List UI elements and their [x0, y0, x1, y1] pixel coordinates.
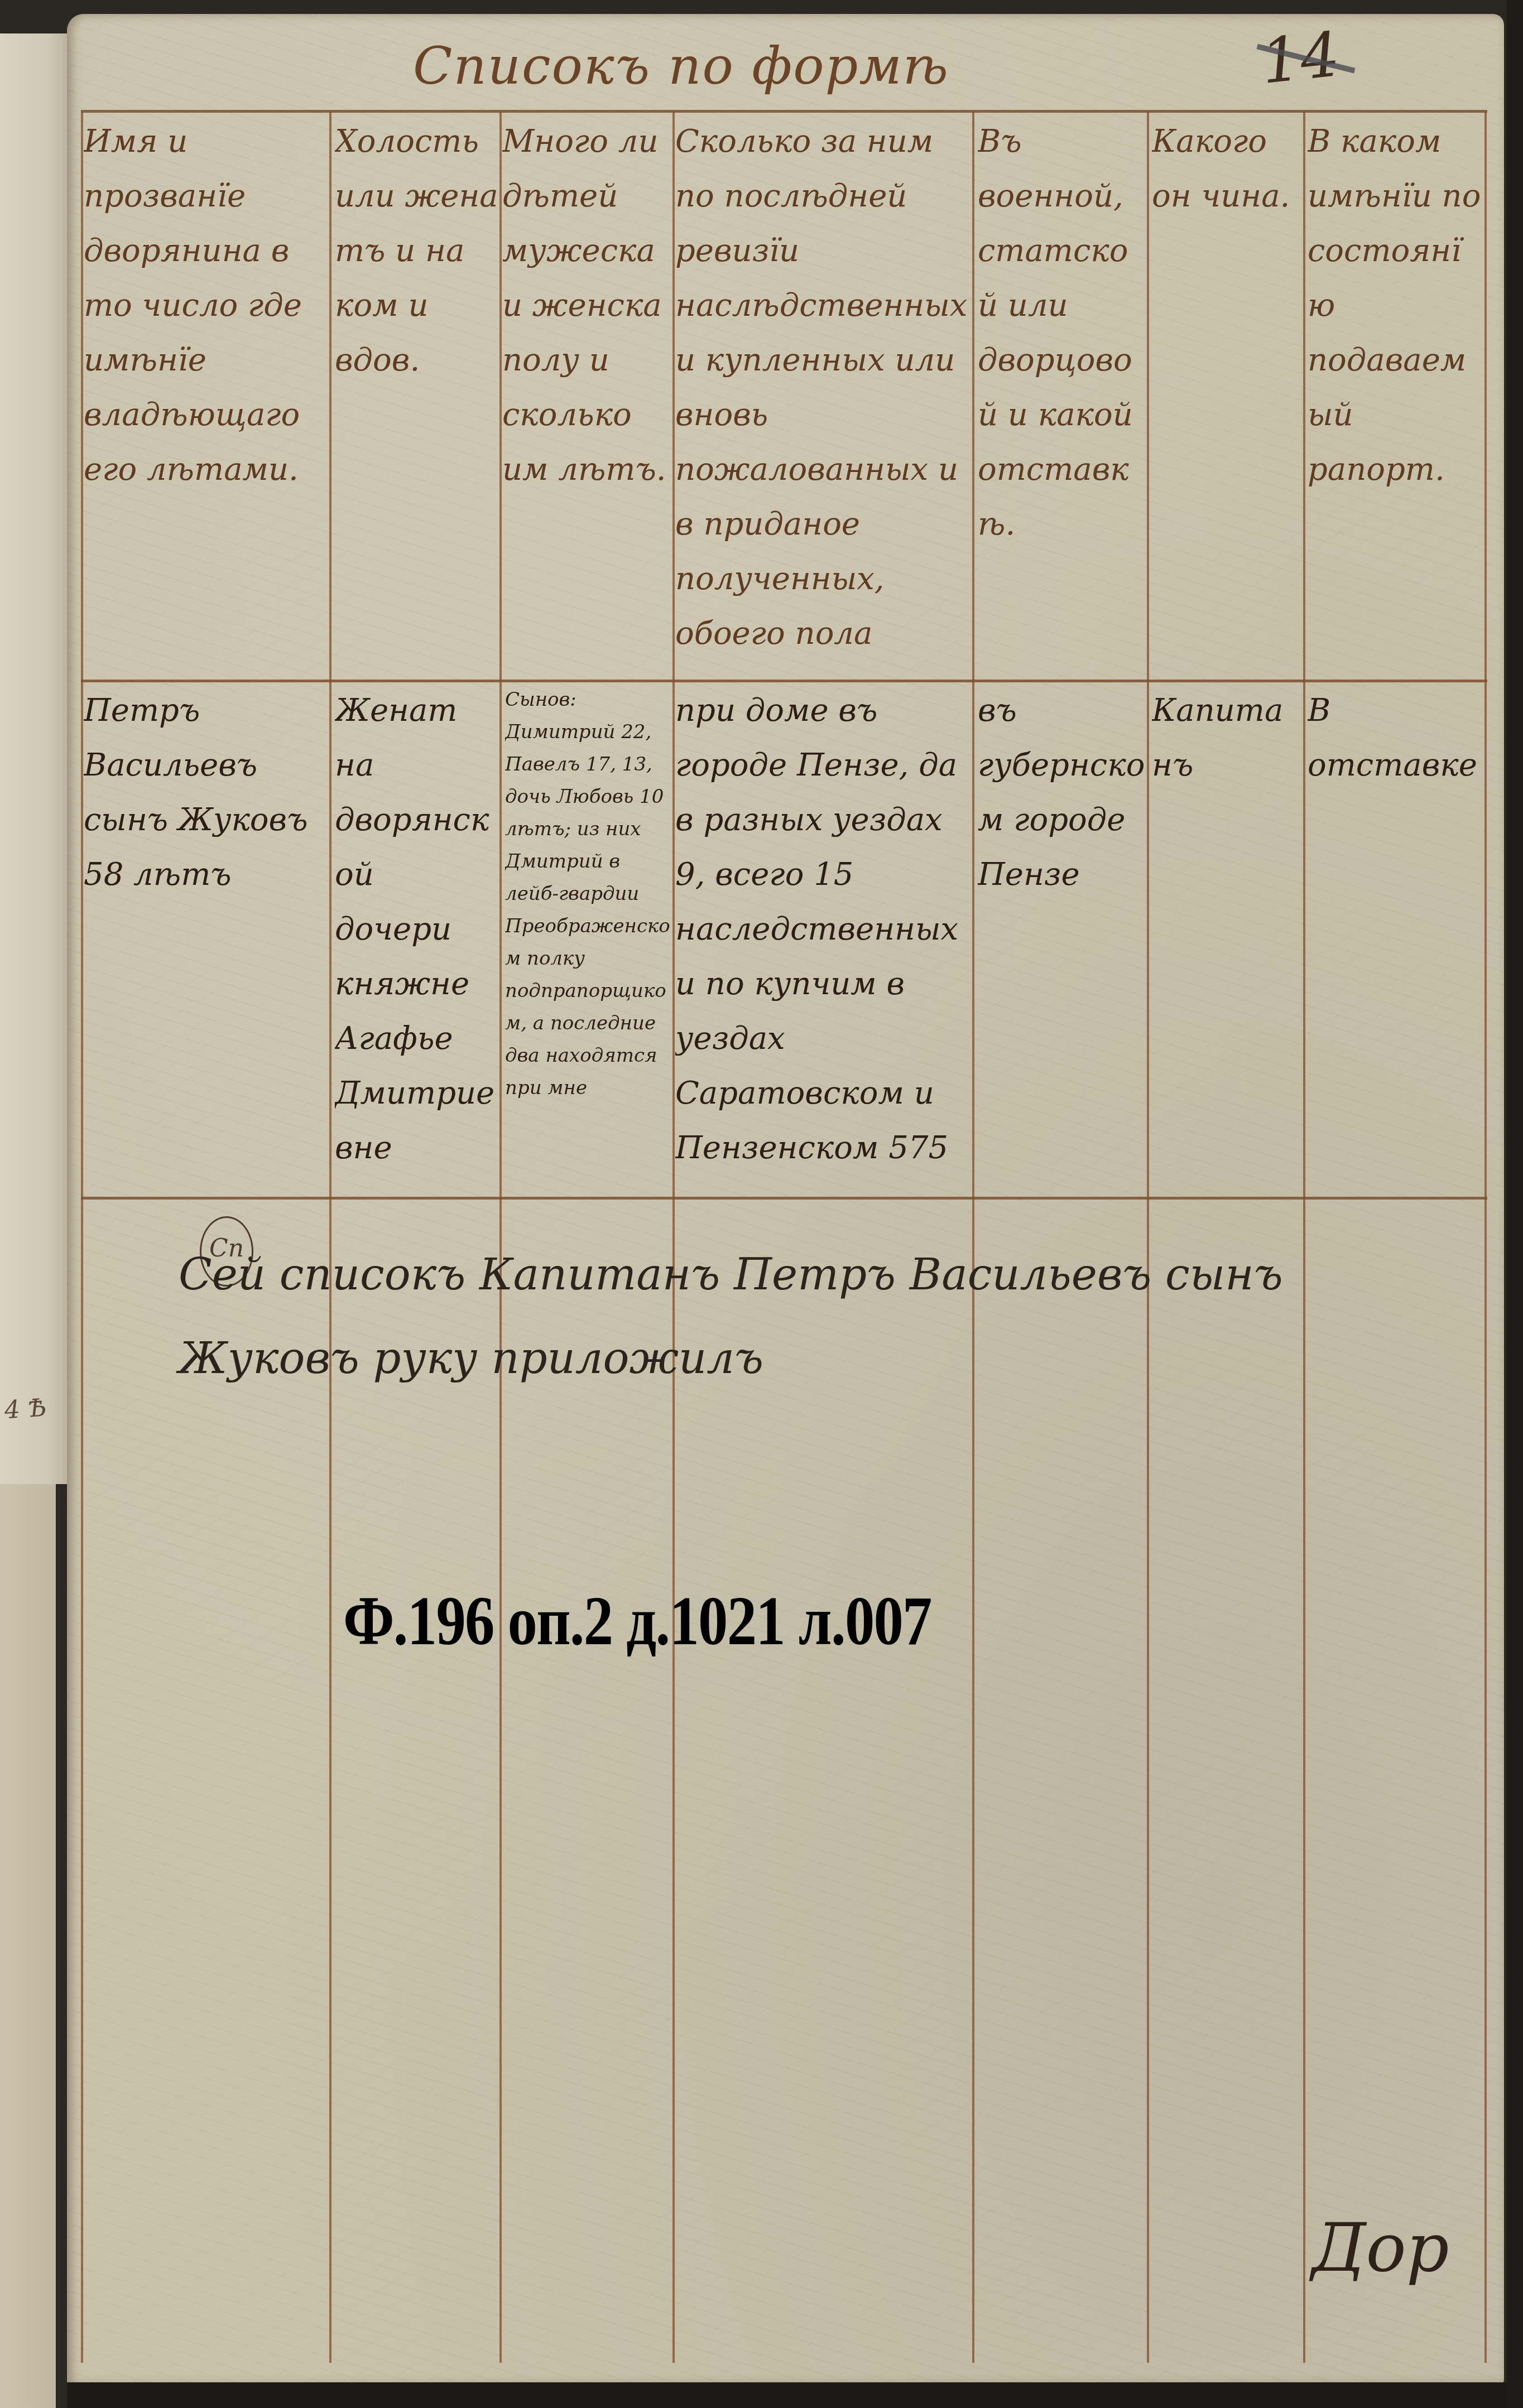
page-title: Списокъ по формѣ	[413, 36, 949, 96]
column-header-children: Много ли дѣтей мужеска и женска полу и с…	[502, 114, 672, 661]
header-bottom-rule	[81, 680, 1487, 682]
row-bottom-rule	[81, 1197, 1487, 1200]
column-header-estate: Сколько за ним по послѣдней ревизїи насл…	[675, 114, 971, 661]
table-cell-name: Петръ Васильевъ сынъ Жуковъ 58 лѣтъ	[84, 683, 338, 1174]
column-header-marital: Холость или жена тъ и на ком и вдов.	[335, 114, 499, 661]
table-cell-service: въ губернском городе Пензе	[978, 683, 1145, 962]
column-header-rank: Какого он чина.	[1152, 114, 1303, 661]
attestation-text: Сей списокъ Капитанъ Петръ Васильевъ сын…	[179, 1233, 1462, 1400]
scan-background	[1507, 0, 1523, 2408]
column-rule	[1484, 112, 1487, 2363]
header-top-rule	[81, 110, 1487, 113]
table-cell-rank: Капитанъ	[1152, 683, 1303, 907]
previous-page-note: 4 Ѣ	[3, 1393, 47, 1424]
binding-board	[0, 1484, 56, 2408]
previous-page-edge	[0, 33, 70, 1484]
column-header-residence: В каком имѣнїи по состоянїю подаваемый р…	[1308, 114, 1483, 661]
archive-reference: Ф.196 оп.2 д.1021 л.007	[343, 1582, 931, 1661]
table-cell-residence: В отставке	[1308, 683, 1483, 907]
table-cell-marital: Женат на дворянской дочери княжне Агафье…	[335, 683, 499, 1174]
table-cell-estate: при доме въ городе Пензе, да в разных уе…	[675, 683, 971, 1174]
torn-page-edge	[67, 2382, 1523, 2408]
column-header-name: Имя и прозванїе дворянина в то число где…	[84, 114, 338, 661]
column-header-service: Въ военной, статской или дворцовой и как…	[978, 114, 1145, 661]
column-rule	[81, 112, 83, 2363]
signature: Дор	[1311, 2209, 1449, 2287]
table-cell-children: Сынов: Димитрий 22, Павелъ 17, 13, дочь …	[505, 683, 672, 1202]
